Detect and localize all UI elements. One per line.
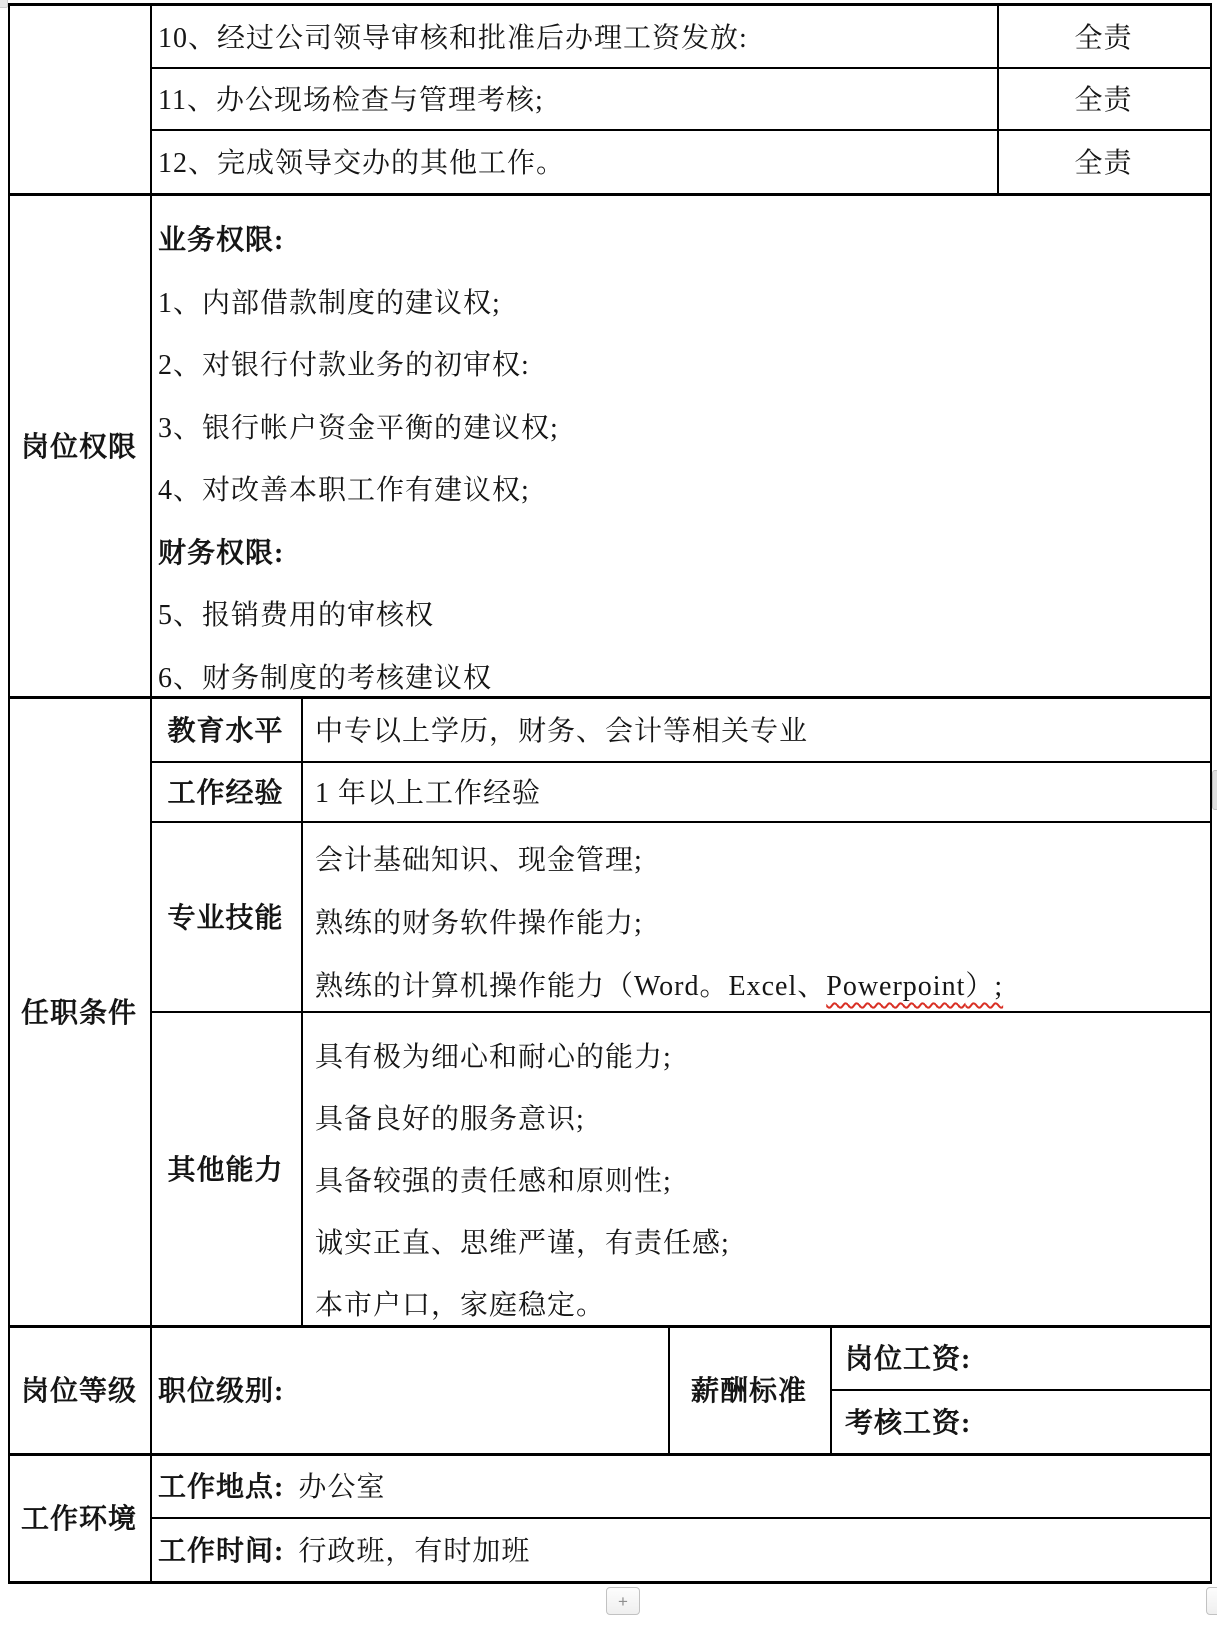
- salary-standard-cell: 薪酬标准: [668, 1325, 830, 1453]
- duty-item-10: 10、经过公司领导审核和批准后办理工资发放:: [158, 16, 748, 56]
- plus-icon: +: [618, 1593, 628, 1610]
- insert-row-button[interactable]: +: [606, 1587, 640, 1615]
- assess-wage-cell: 考核工资:: [845, 1389, 1205, 1453]
- authority-line: 业务权限:: [158, 218, 284, 258]
- duty-item-11: 11、办公现场检查与管理考核;: [158, 78, 544, 118]
- skill-line-suffix: ）;: [965, 971, 1003, 1002]
- section-header-qualification: 任职条件: [8, 696, 150, 1325]
- ability-line: 具备较强的责任感和原则性;: [315, 1159, 672, 1199]
- authority-line: 2、对银行付款业务的初审权:: [158, 343, 530, 383]
- work-time-value: 行政班，有时加班: [298, 1529, 530, 1569]
- skill-line: 熟练的财务软件操作能力;: [315, 901, 643, 941]
- duty-level-11: 全责: [1074, 78, 1132, 118]
- skill-line: 熟练的计算机操作能力（Word。Excel、Powerpoint）;: [315, 964, 1003, 1004]
- qualification-row-label: 其他能力: [150, 1011, 301, 1325]
- authority-line: 财务权限:: [158, 531, 284, 571]
- ability-line: 诚实正直、思维严谨，有责任感;: [315, 1221, 730, 1261]
- authority-line: 3、银行帐户资金平衡的建议权;: [158, 406, 559, 446]
- skill-line-text: 熟练的计算机操作能力（Word。Excel、: [315, 971, 826, 1002]
- post-wage-cell: 岗位工资:: [845, 1325, 1205, 1389]
- table-border: [8, 1581, 1212, 1584]
- duty-level-10: 全责: [1074, 16, 1132, 56]
- duty-item-12: 12、完成领导交办的其他工作。: [158, 141, 565, 181]
- work-place-cell: 工作地点: 办公室: [158, 1453, 1198, 1517]
- authority-line: 5、报销费用的审核权: [158, 593, 434, 633]
- qualification-row-value: 中专以上学历，财务、会计等相关专业: [315, 696, 1205, 761]
- table-border: [301, 696, 303, 1327]
- authority-line: 4、对改善本职工作有建议权;: [158, 468, 530, 508]
- table-row: 11、办公现场检查与管理考核;: [158, 67, 988, 129]
- ability-line: 具有极为细心和耐心的能力;: [315, 1035, 672, 1075]
- page-corner-artifact: [0, 0, 8, 8]
- misspelled-word: Powerpoint: [826, 971, 965, 1002]
- section-header-authority: 岗位权限: [8, 193, 150, 696]
- skill-line: 会计基础知识、现金管理;: [315, 838, 643, 878]
- table-row: 全责: [997, 5, 1210, 67]
- work-place-label: 工作地点:: [158, 1465, 284, 1505]
- section-header-grade: 岗位等级: [8, 1325, 150, 1453]
- qualification-row-label: 工作经验: [150, 761, 301, 821]
- qualification-row-value: 1 年以上工作经验: [315, 761, 1205, 821]
- table-border: [830, 1325, 832, 1455]
- work-time-cell: 工作时间: 行政班，有时加班: [158, 1517, 1198, 1581]
- section-header-environment: 工作环境: [8, 1453, 150, 1581]
- insert-row-button-partial[interactable]: [1206, 1587, 1217, 1615]
- qualification-row-label: 教育水平: [150, 696, 301, 761]
- qualification-row-label: 专业技能: [150, 821, 301, 1011]
- table-row: 10、经过公司领导审核和批准后办理工资发放:: [158, 5, 988, 67]
- table-row: 全责: [997, 129, 1210, 193]
- ability-line: 本市户口，家庭稳定。: [315, 1283, 605, 1323]
- work-place-value: 办公室: [298, 1465, 385, 1505]
- duty-level-12: 全责: [1074, 141, 1132, 181]
- table-row: 12、完成领导交办的其他工作。: [158, 129, 988, 193]
- ability-line: 具备良好的服务意识;: [315, 1097, 585, 1137]
- table-border: [150, 1011, 1212, 1013]
- authority-line: 6、财务制度的考核建议权: [158, 656, 492, 696]
- document-page: 10、经过公司领导审核和批准后办理工资发放: 全责 11、办公现场检查与管理考核…: [0, 0, 1217, 1646]
- scrollbar-thumb[interactable]: [1212, 770, 1217, 810]
- table-row: 全责: [997, 67, 1210, 129]
- authority-line: 1、内部借款制度的建议权;: [158, 281, 501, 321]
- table-border: [8, 193, 1212, 196]
- table-border: [150, 821, 1212, 823]
- work-time-label: 工作时间:: [158, 1529, 284, 1569]
- position-level-cell: 职位级别:: [158, 1325, 658, 1453]
